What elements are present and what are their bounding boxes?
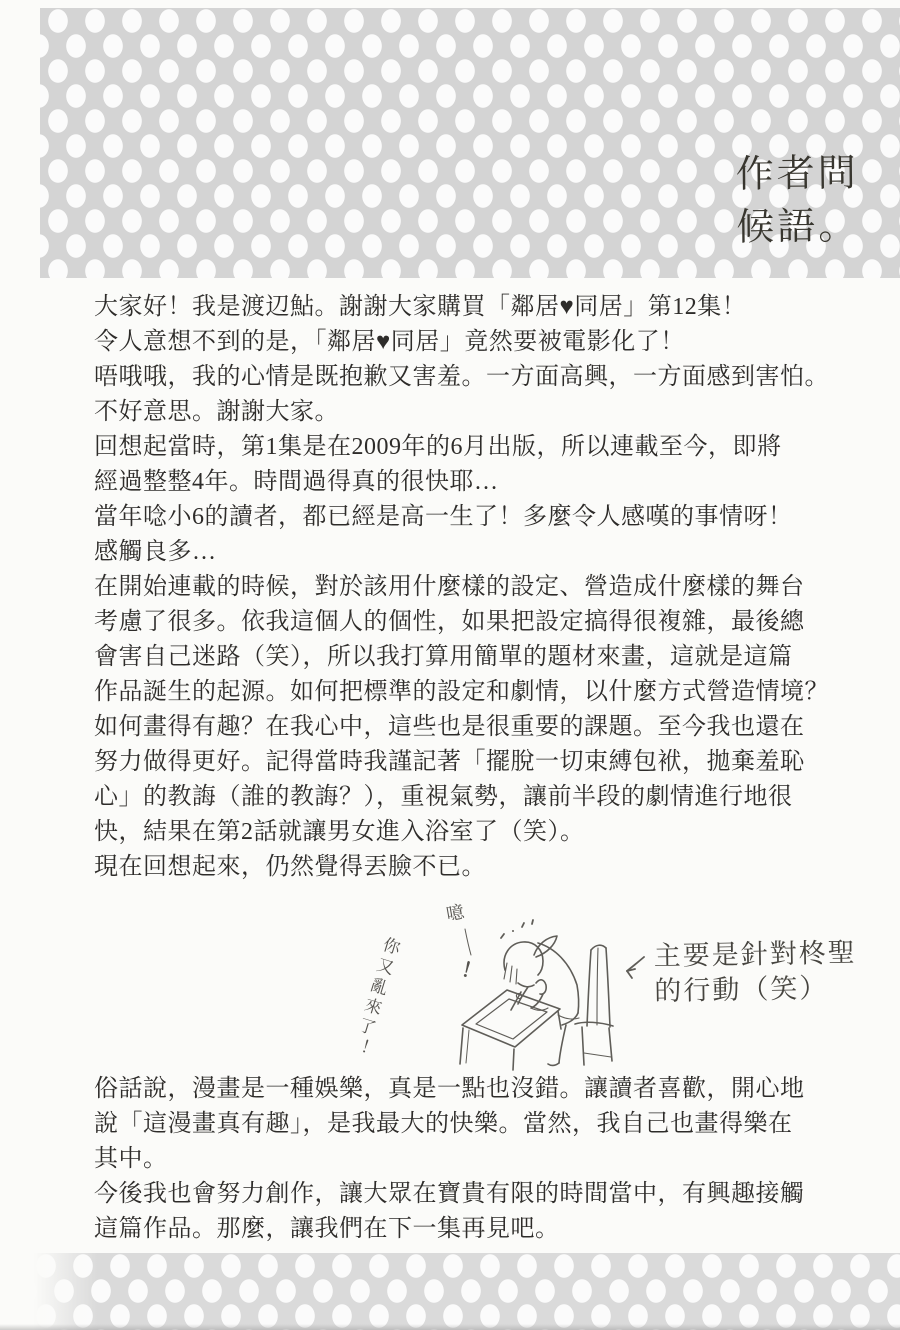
text-line: 不好意思。謝謝大家。 [94,395,838,430]
sigh-line [465,929,471,955]
text-line: 大家好！我是渡辺鮎。謝謝大家購買「鄰居♥同居」第12集！ [94,290,838,325]
closing-paragraph: 俗話說，漫畫是一種娛樂，真是一點也沒錯。讓讀者喜歡，開心地說「這漫畫真有趣」，是… [94,1072,838,1247]
text-line: 說「這漫畫真有趣」，是我最大的快樂。當然，我自己也畫得樂在 [94,1107,838,1142]
text-line: 令人意想不到的是，「鄰居♥同居」竟然要被電影化了！ [94,325,838,360]
text-line: 感觸良多… [94,535,838,570]
text-line: 經過整整4年。時間過得真的很快耶… [94,465,838,500]
page-bottom-shadow [0,1324,900,1330]
left-arrow-icon [627,957,644,978]
text-line: 考慮了很多。依我這個人的個性，如果把設定搞得很複雜，最後總 [94,605,838,640]
text-line: 今後我也會努力創作，讓大眾在寶貴有限的時間當中，有興趣接觸 [94,1177,838,1212]
sketch-caption-line2: 的行動（笑） [654,970,895,1009]
scanned-page: 作者問 候語。 大家好！我是渡辺鮎。謝謝大家購買「鄰居♥同居」第12集！令人意想… [0,0,900,1330]
text-line: 這篇作品。那麼，讓我們在下一集再見吧。 [94,1212,838,1247]
text-line: 回想起當時，第1集是在2009年的6月出版，所以連載至今，即將 [94,430,838,465]
page-title: 作者問 候語。 [735,147,896,255]
text-line: 如何畫得有趣？在我心中，這些也是很重要的課題。至今我也還在 [94,710,838,745]
chair-sketch [575,945,613,1065]
illustration-block: 噫 ！ 你又亂來了！ 主要是針對柊聖 的行動（笑） [370,893,900,1075]
page-title-line1: 作者問 [735,147,896,202]
sketch-caption: 主要是針對柊聖 的行動（笑） [653,935,894,1009]
desk-sketch [460,990,561,1070]
text-line: 唔哦哦，我的心情是既抱歉又害羞。一方面高興，一方面感到害怕。 [94,360,838,395]
text-line: 快，結果在第2話就讓男女進入浴室了（笑）。 [94,815,838,850]
text-line: 作品誕生的起源。如何把標準的設定和劇情，以什麼方式營造情境？ [94,675,838,710]
text-line: 俗話說，漫畫是一種娛樂，真是一點也沒錯。讓讀者喜歡，開心地 [94,1072,838,1107]
greeting-paragraph: 大家好！我是渡辺鮎。謝謝大家購買「鄰居♥同居」第12集！令人意想不到的是，「鄰居… [94,290,838,885]
text-line: 現在回想起來，仍然覺得丟臉不已。 [94,850,838,885]
text-line: 努力做得更好。記得當時我謹記著「擺脫一切束縛包袱，拋棄羞恥 [94,745,838,780]
text-line: 當年唸小6的讀者，都已經是高一生了！多麼令人感嘆的事情呀！ [94,500,838,535]
sweat-marks-icon [501,920,533,938]
text-line: 其中。 [94,1142,838,1177]
page-title-line2: 候語。 [736,200,897,255]
bottom-polka-dot-band [28,1253,900,1330]
text-line: 心」的教誨（誰的教誨？），重視氣勢，讓前半段的劇情進行地很 [94,780,838,815]
text-line: 會害自己迷路（笑），所以我打算用簡單的題材來畫，這就是這篇 [94,640,838,675]
text-line: 在開始連載的時候，對於該用什麼樣的設定、營造成什麼樣的舞台 [94,570,838,605]
sketch-caption-line1: 主要是針對柊聖 [653,935,894,974]
